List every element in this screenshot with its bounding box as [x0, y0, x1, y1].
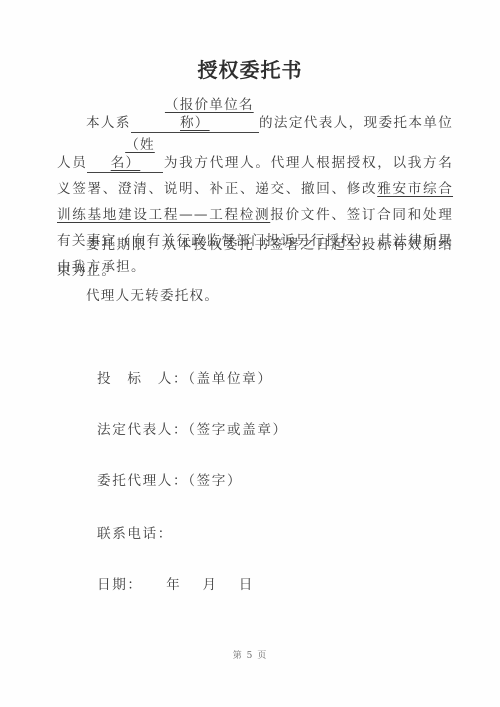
document-title: 授权委托书 — [0, 54, 500, 83]
legal-representative-signature-line: 法定代表人：（签字或盖章） — [97, 418, 288, 438]
date-line: 日期： 年 月 日 — [97, 573, 254, 593]
page-number: 第 5 页 — [0, 648, 500, 661]
contact-phone-line: 联系电话： — [97, 522, 173, 542]
para1-prefix: 本人系 — [86, 115, 131, 131]
term-paragraph: 委托期限：从本授权委托书签署之日起至投标有效期结束为止。 — [57, 232, 453, 284]
no-subdelegation-paragraph: 代理人无转委托权。 — [57, 283, 453, 309]
document-page: 授权委托书 本人系（报价单位名称）的法定代表人，现委托本单位人员（姓名）为我方代… — [0, 0, 500, 707]
bidder-signature-line: 投 标 人：（盖单位章） — [97, 367, 273, 387]
org-name-blank: （报价单位名称） — [131, 96, 259, 133]
agent-signature-line: 委托代理人：（签字） — [97, 469, 242, 489]
agent-name-blank: （姓名） — [87, 136, 163, 173]
